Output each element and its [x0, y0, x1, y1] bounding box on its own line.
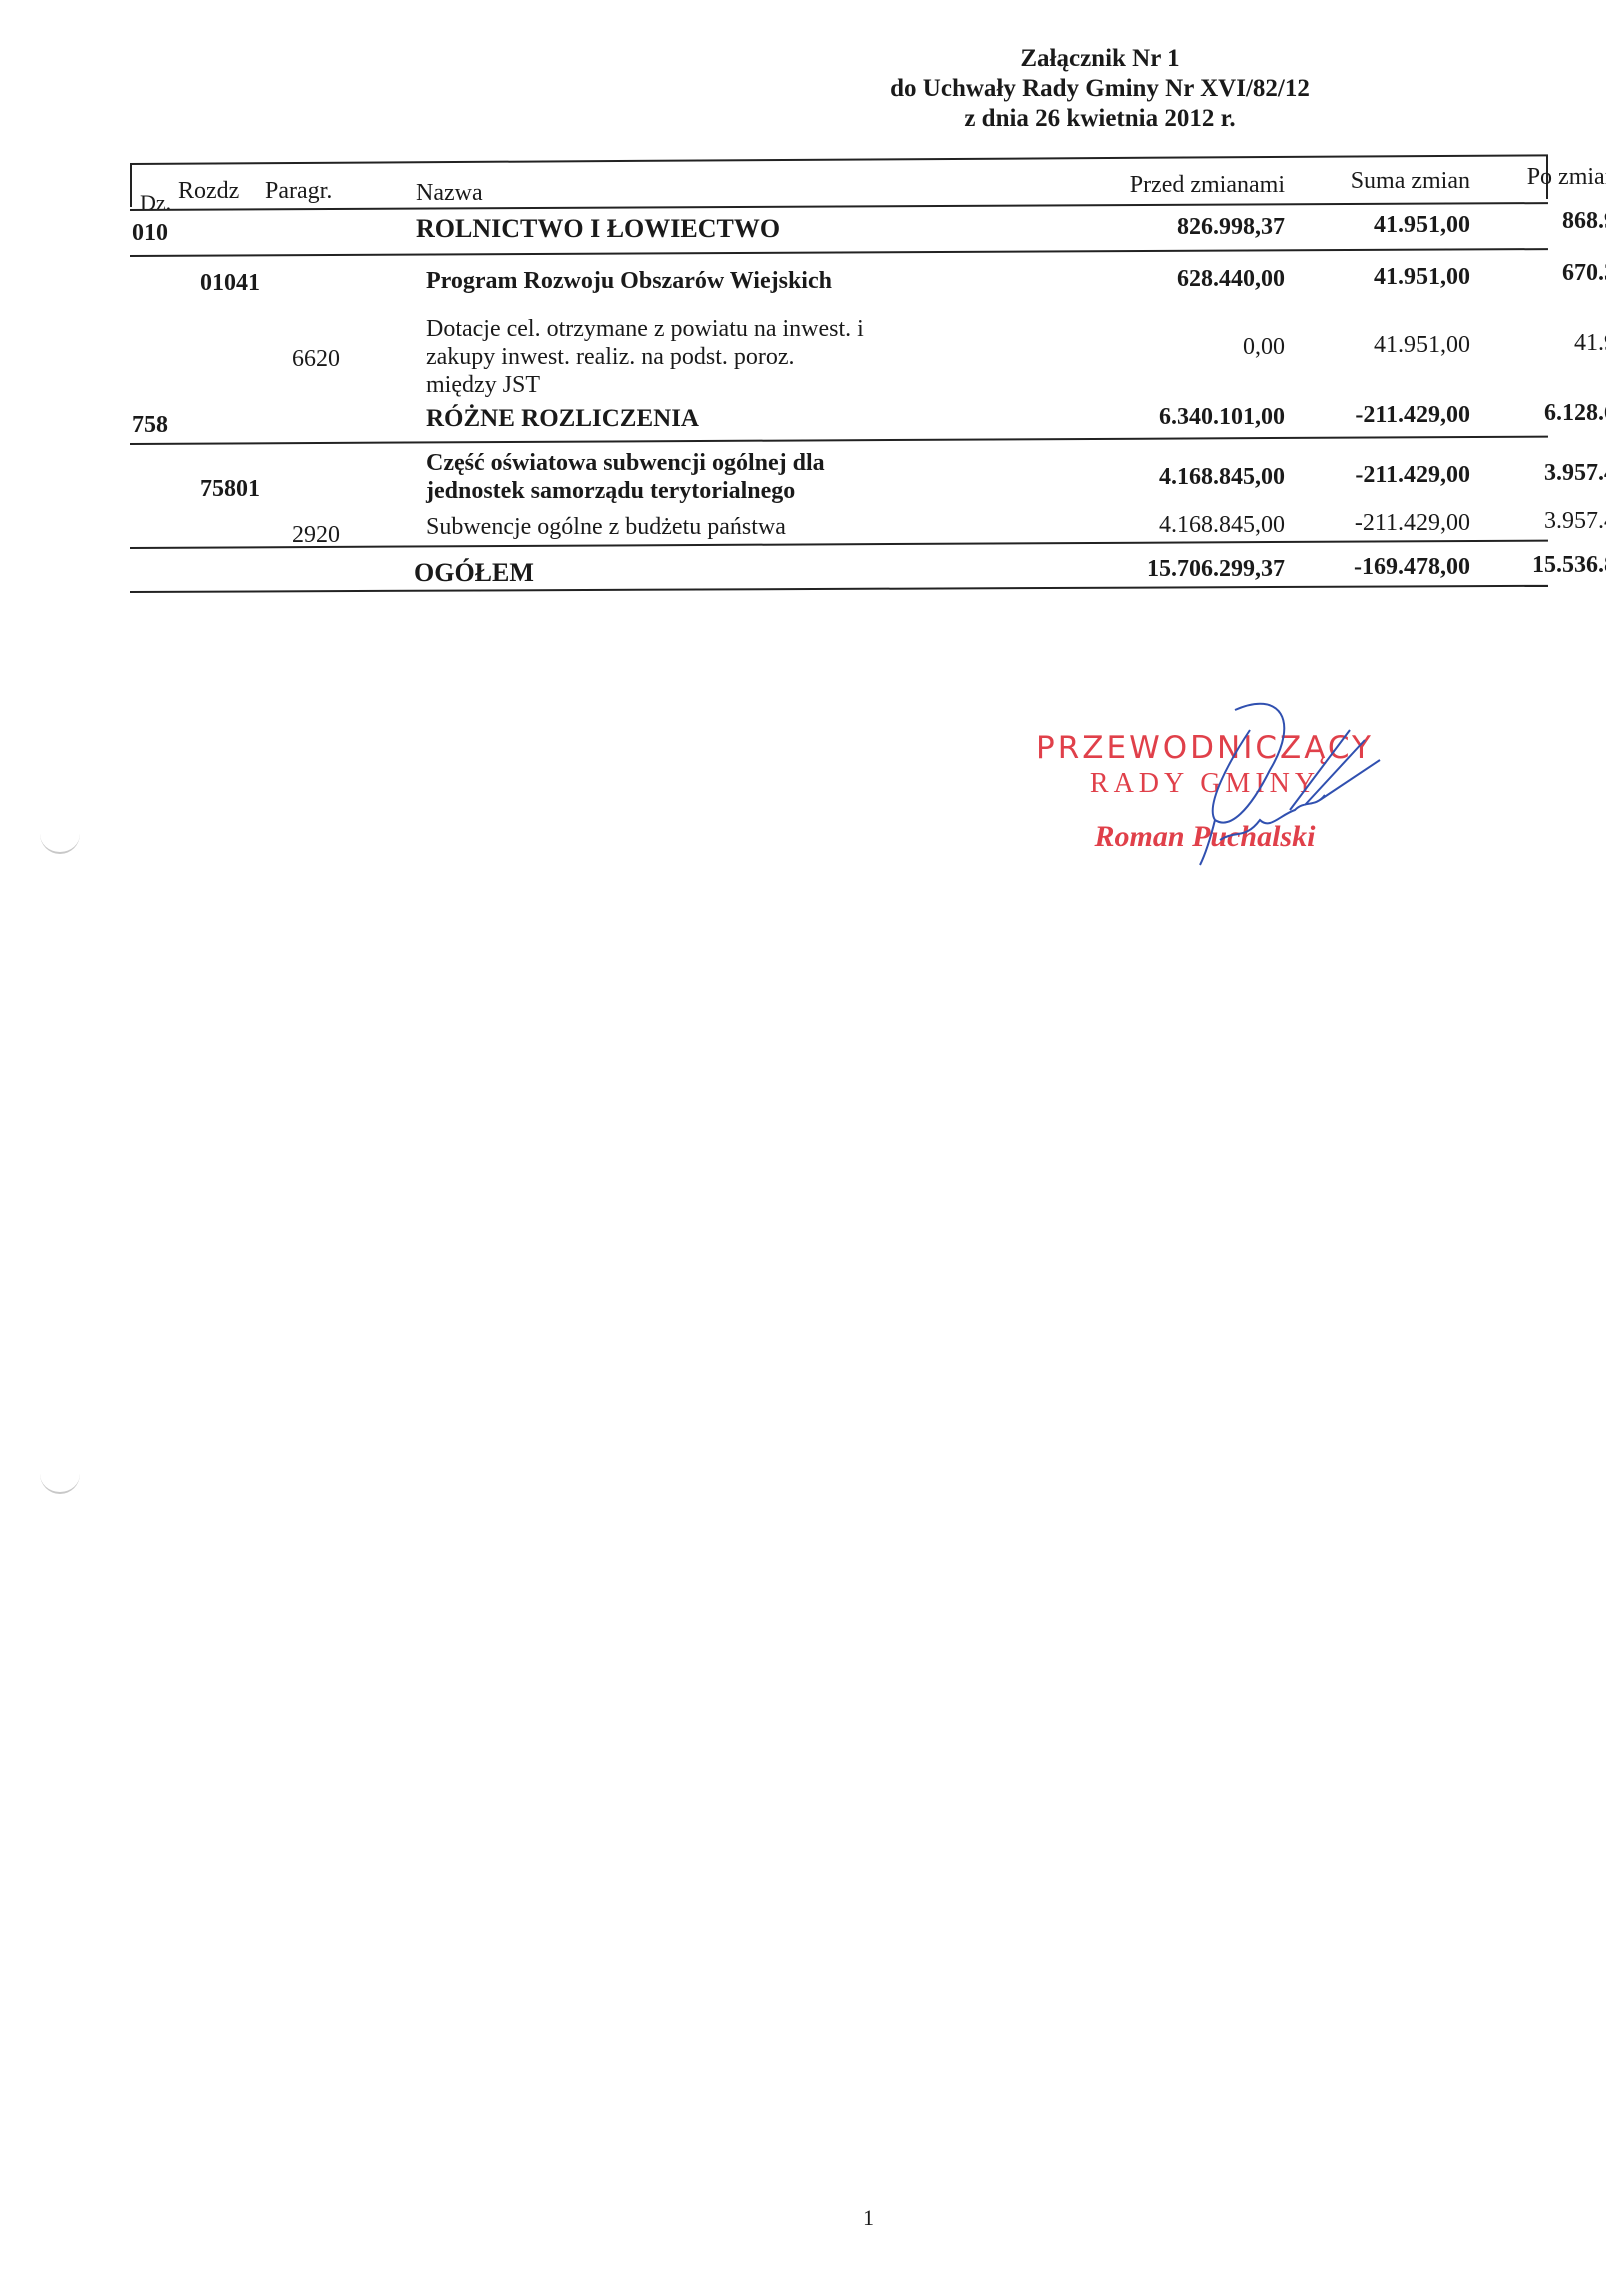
paragr-code: 6620 [292, 345, 340, 373]
row-name-line: między JST [426, 371, 540, 399]
row-name: Subwencje ogólne z budżetu państwa [426, 513, 786, 541]
value-change: 41.951,00 [1250, 331, 1470, 359]
scan-artifact [40, 830, 80, 854]
value-after: 868.949,37 [1450, 207, 1606, 235]
dz-code: 758 [132, 411, 168, 439]
value-after: 3.957.416,00 [1450, 507, 1606, 535]
row-name-line: zakupy inwest. realiz. na podst. poroz. [426, 343, 795, 371]
total-after: 15.536.821,37 [1450, 551, 1606, 579]
value-change: 41.951,00 [1250, 263, 1470, 291]
col-po: Po zmianach [1430, 163, 1606, 191]
value-change: 41.951,00 [1250, 211, 1470, 239]
table-top-border [130, 154, 1548, 165]
document-header: Załącznik Nr 1 do Uchwały Rady Gminy Nr … [840, 44, 1360, 134]
value-after: 41.951,00 [1450, 329, 1606, 357]
value-change: -211.429,00 [1250, 509, 1470, 537]
row-name: Program Rozwoju Obszarów Wiejskich [426, 267, 832, 295]
resolution-reference: do Uchwały Rady Gminy Nr XVI/82/12 [840, 74, 1360, 104]
value-after: 6.128.672,00 [1450, 399, 1606, 427]
row-divider [130, 540, 1548, 549]
row-divider [130, 248, 1548, 257]
table-bottom-border [130, 585, 1548, 593]
resolution-date: z dnia 26 kwietnia 2012 r. [840, 104, 1360, 134]
row-name: RÓŻNE ROZLICZENIA [426, 405, 699, 433]
col-dz: Dz. [140, 189, 171, 217]
value-change: -211.429,00 [1250, 401, 1470, 429]
scan-artifact [40, 1470, 80, 1494]
total-change: -169.478,00 [1250, 553, 1470, 581]
total-label: OGÓŁEM [414, 559, 534, 587]
page-number: 1 [863, 2205, 874, 2231]
row-name-line: Część oświatowa subwencji ogólnej dla [426, 449, 825, 477]
rozdz-code: 75801 [200, 475, 260, 503]
value-after: 3.957.416,00 [1450, 459, 1606, 487]
handwritten-signature [1120, 690, 1420, 890]
attachment-title: Załącznik Nr 1 [840, 44, 1360, 74]
value-after: 670.391,00 [1450, 259, 1606, 287]
rozdz-code: 01041 [200, 269, 260, 297]
col-nazwa: Nazwa [416, 179, 483, 207]
value-change: -211.429,00 [1250, 461, 1470, 489]
dz-code: 010 [132, 219, 168, 247]
col-rozdz: Rozdz [178, 177, 239, 205]
header-divider [130, 202, 1548, 211]
col-paragr: Paragr. [265, 177, 332, 205]
row-name: ROLNICTWO I ŁOWIECTWO [416, 215, 780, 243]
paragr-code: 2920 [292, 521, 340, 549]
row-divider [130, 436, 1548, 445]
row-name-line: jednostek samorządu terytorialnego [426, 477, 795, 505]
table-left-border [130, 163, 132, 207]
row-name-line: Dotacje cel. otrzymane z powiatu na inwe… [426, 315, 864, 343]
